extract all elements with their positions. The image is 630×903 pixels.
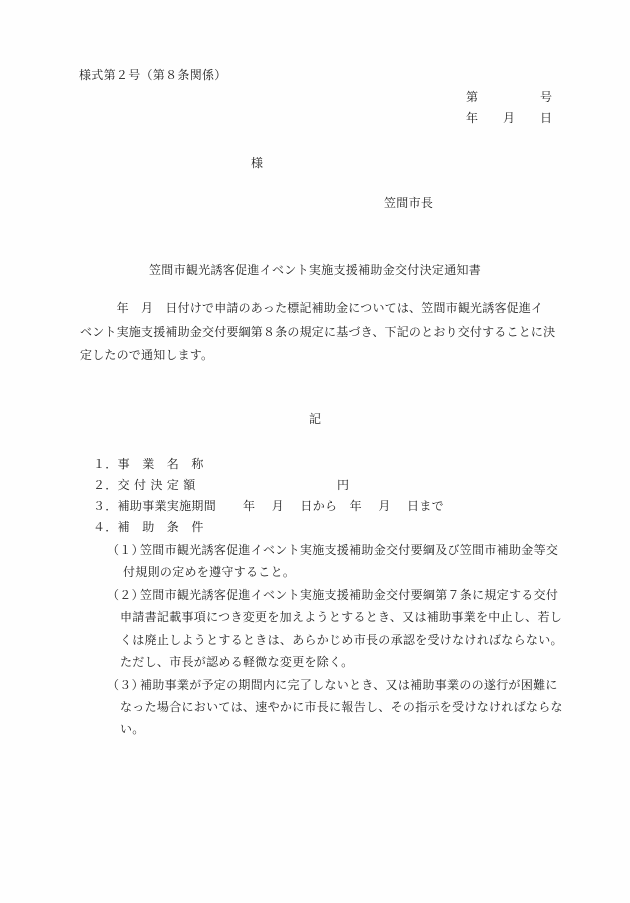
body-line: 年 月 日付けで申請のあった標記補助金については、笠間市観光誘客促進イ bbox=[80, 297, 555, 321]
document-page: 様式第２号（第８条関係） 第 号 年 月 日 様 笠間市長 笠間市観光誘客促進イ… bbox=[0, 0, 630, 903]
condition-number: （２） bbox=[107, 587, 144, 603]
addressee-suffix: 様 bbox=[251, 155, 263, 171]
item-number: ３． bbox=[93, 499, 118, 513]
item-label: 補 助 条 件 bbox=[118, 520, 204, 534]
condition-line: い。 bbox=[120, 721, 145, 737]
item-number: １． bbox=[93, 457, 118, 471]
condition-line: 付規則の定めを遵守すること。 bbox=[123, 564, 295, 580]
condition-line: ただし、市長が認める軽微な変更を除く。 bbox=[120, 654, 353, 670]
item-value-yen: 円 bbox=[337, 477, 349, 493]
date-day: 日 bbox=[540, 110, 552, 126]
issuer: 笠間市長 bbox=[384, 195, 433, 211]
item-label: 交 付 決 定 額 bbox=[118, 478, 196, 492]
condition-number: （１） bbox=[107, 542, 144, 558]
condition-line: 補助事業が予定の期間内に完了しないとき、又は補助事業のの遂行が困難に bbox=[140, 677, 558, 693]
document-title: 笠間市観光誘客促進イベント実施支援補助金交付決定通知書 bbox=[149, 262, 481, 278]
doc-number-suffix: 号 bbox=[540, 89, 552, 105]
item-row: ４．補 助 条 件 bbox=[93, 519, 204, 535]
item-number: ４． bbox=[93, 520, 118, 534]
condition-line: なった場合においては、速やかに市長に報告し、その指示を受けなければならな bbox=[120, 699, 563, 715]
item-number: ２． bbox=[93, 478, 118, 492]
condition-line: 笠間市観光誘客促進イベント実施支援補助金交付要綱及び笠間市補助金等交 bbox=[140, 542, 558, 558]
body-paragraph: 年 月 日付けで申請のあった標記補助金については、笠間市観光誘客促進イ ベント実… bbox=[80, 297, 555, 368]
date-month: 月 bbox=[503, 110, 515, 126]
item-row: １．事 業 名 称 bbox=[93, 456, 204, 472]
condition-line: 申請書記載事項につき変更を加えようとするとき、又は補助事業を中止し、若し bbox=[120, 609, 562, 625]
body-line: ベント実施支援補助金交付要綱第８条の規定に基づき、下記のとおり交付することに決 bbox=[80, 321, 555, 345]
body-line: 定したので通知します。 bbox=[80, 344, 555, 368]
condition-number: （３） bbox=[107, 677, 144, 693]
date-year: 年 bbox=[466, 110, 478, 126]
form-number: 様式第２号（第８条関係） bbox=[79, 67, 227, 83]
doc-number-prefix: 第 bbox=[466, 89, 478, 105]
item-label: 補助事業実施期間 bbox=[118, 499, 216, 513]
item-row: ２．交 付 決 定 額 bbox=[93, 477, 196, 493]
condition-line: くは廃止しようとするときは、あらかじめ市長の承認を受けなければならない。 bbox=[120, 632, 563, 648]
item-value-period: 年 月 日から 年 月 日まで bbox=[243, 498, 444, 514]
ki-heading: 記 bbox=[309, 411, 321, 427]
condition-line: 笠間市観光誘客促進イベント実施支援補助金交付要綱第７条に規定する交付 bbox=[140, 587, 558, 603]
item-row: ３．補助事業実施期間 bbox=[93, 498, 216, 514]
item-label: 事 業 名 称 bbox=[118, 457, 204, 471]
